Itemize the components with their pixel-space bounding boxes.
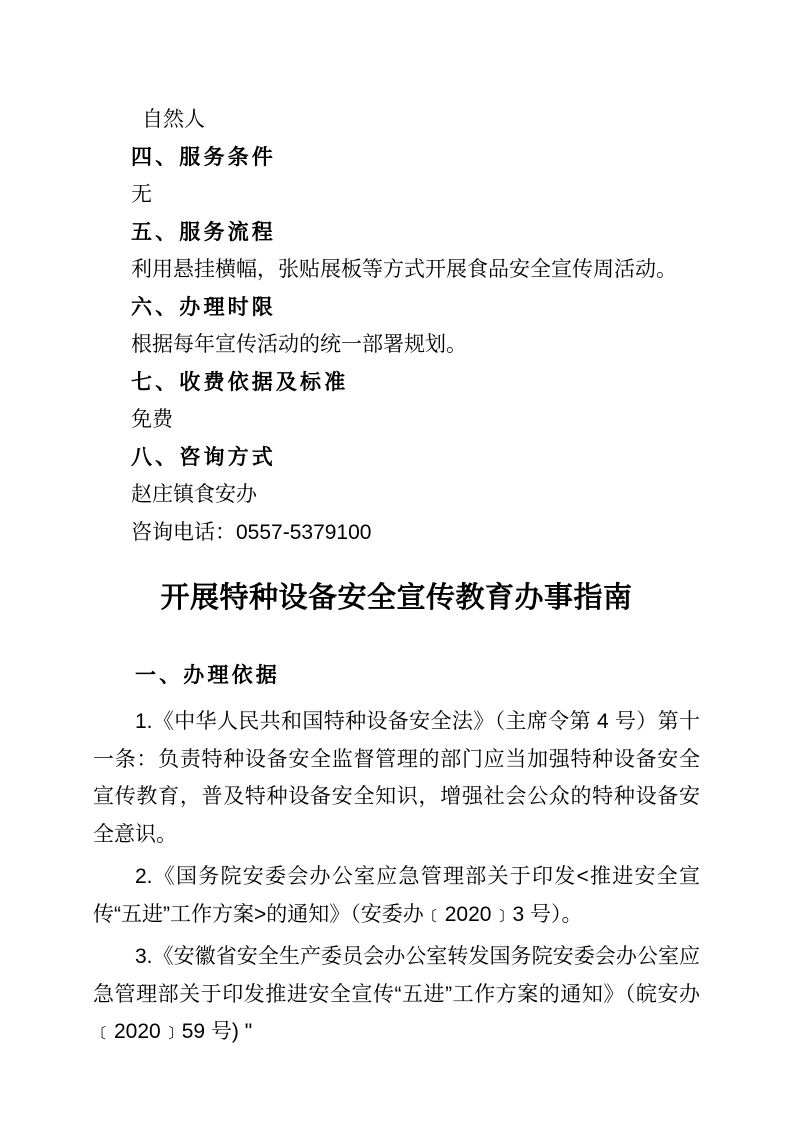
para-legal-basis-3: 3.《安徽省安全生产委员会办公室转发国务院安委会办公室应急管理部关于印发推进安全… [93, 938, 700, 1051]
line-none: 无 [131, 176, 703, 214]
heading-consultation-method: 八、咨询方式 [131, 439, 703, 477]
line-consultation-office: 赵庄镇食安办 [131, 476, 703, 514]
heading-fee-basis: 七、收费依据及标准 [131, 364, 703, 402]
para-legal-basis-1: 1.《中华人民共和国特种设备安全法》（主席令第 4 号）第十一条：负责特种设备安… [93, 703, 700, 853]
heading-service-conditions: 四、服务条件 [131, 139, 703, 177]
line-free: 免费 [131, 401, 703, 439]
document-page: 自然人 四、服务条件 无 五、服务流程 利用悬挂横幅，张贴展板等方式开展食品安全… [0, 0, 793, 1122]
line-time-limit-desc: 根据每年宣传活动的统一部署规划。 [131, 326, 703, 364]
line-service-process-desc: 利用悬挂横幅，张贴展板等方式开展食品安全宣传周活动。 [131, 251, 703, 289]
heading-legal-basis: 一、办理依据 [93, 662, 700, 690]
heading-processing-time-limit: 六、办理时限 [131, 289, 703, 327]
guide-title: 开展特种设备安全宣传教育办事指南 [80, 577, 713, 619]
continuation-section: 自然人 四、服务条件 无 五、服务流程 利用悬挂横幅，张贴展板等方式开展食品安全… [0, 0, 793, 551]
line-natural-person: 自然人 [131, 101, 703, 139]
guide-body: 一、办理依据 1.《中华人民共和国特种设备安全法》（主席令第 4 号）第十一条：… [93, 662, 700, 1051]
line-consultation-phone: 咨询电话：0557-5379100 [131, 514, 703, 552]
heading-service-process: 五、服务流程 [131, 214, 703, 252]
para-legal-basis-2: 2.《国务院安委会办公室应急管理部关于印发<推进安全宣传“五进”工作方案>的通知… [93, 858, 700, 933]
